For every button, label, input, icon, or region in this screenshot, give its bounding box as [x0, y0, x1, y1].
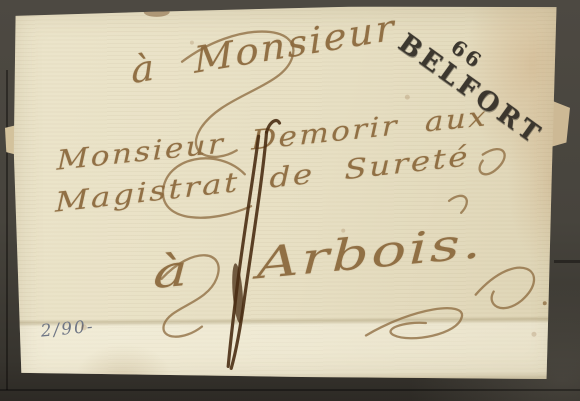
background-plank-seam — [554, 260, 580, 263]
pencil-inventory-note: 2/90- — [40, 317, 96, 342]
photo-background: à Monsieur Monsieur Demorir aux Magistra… — [0, 0, 580, 401]
letter-paper: à Monsieur Monsieur Demorir aux Magistra… — [12, 4, 562, 387]
background-floor-edge — [0, 389, 580, 391]
address-line-1: à Monsieur — [130, 7, 397, 92]
background-plank-seam — [6, 70, 8, 390]
address-line-4: à Arbois. — [153, 218, 484, 300]
